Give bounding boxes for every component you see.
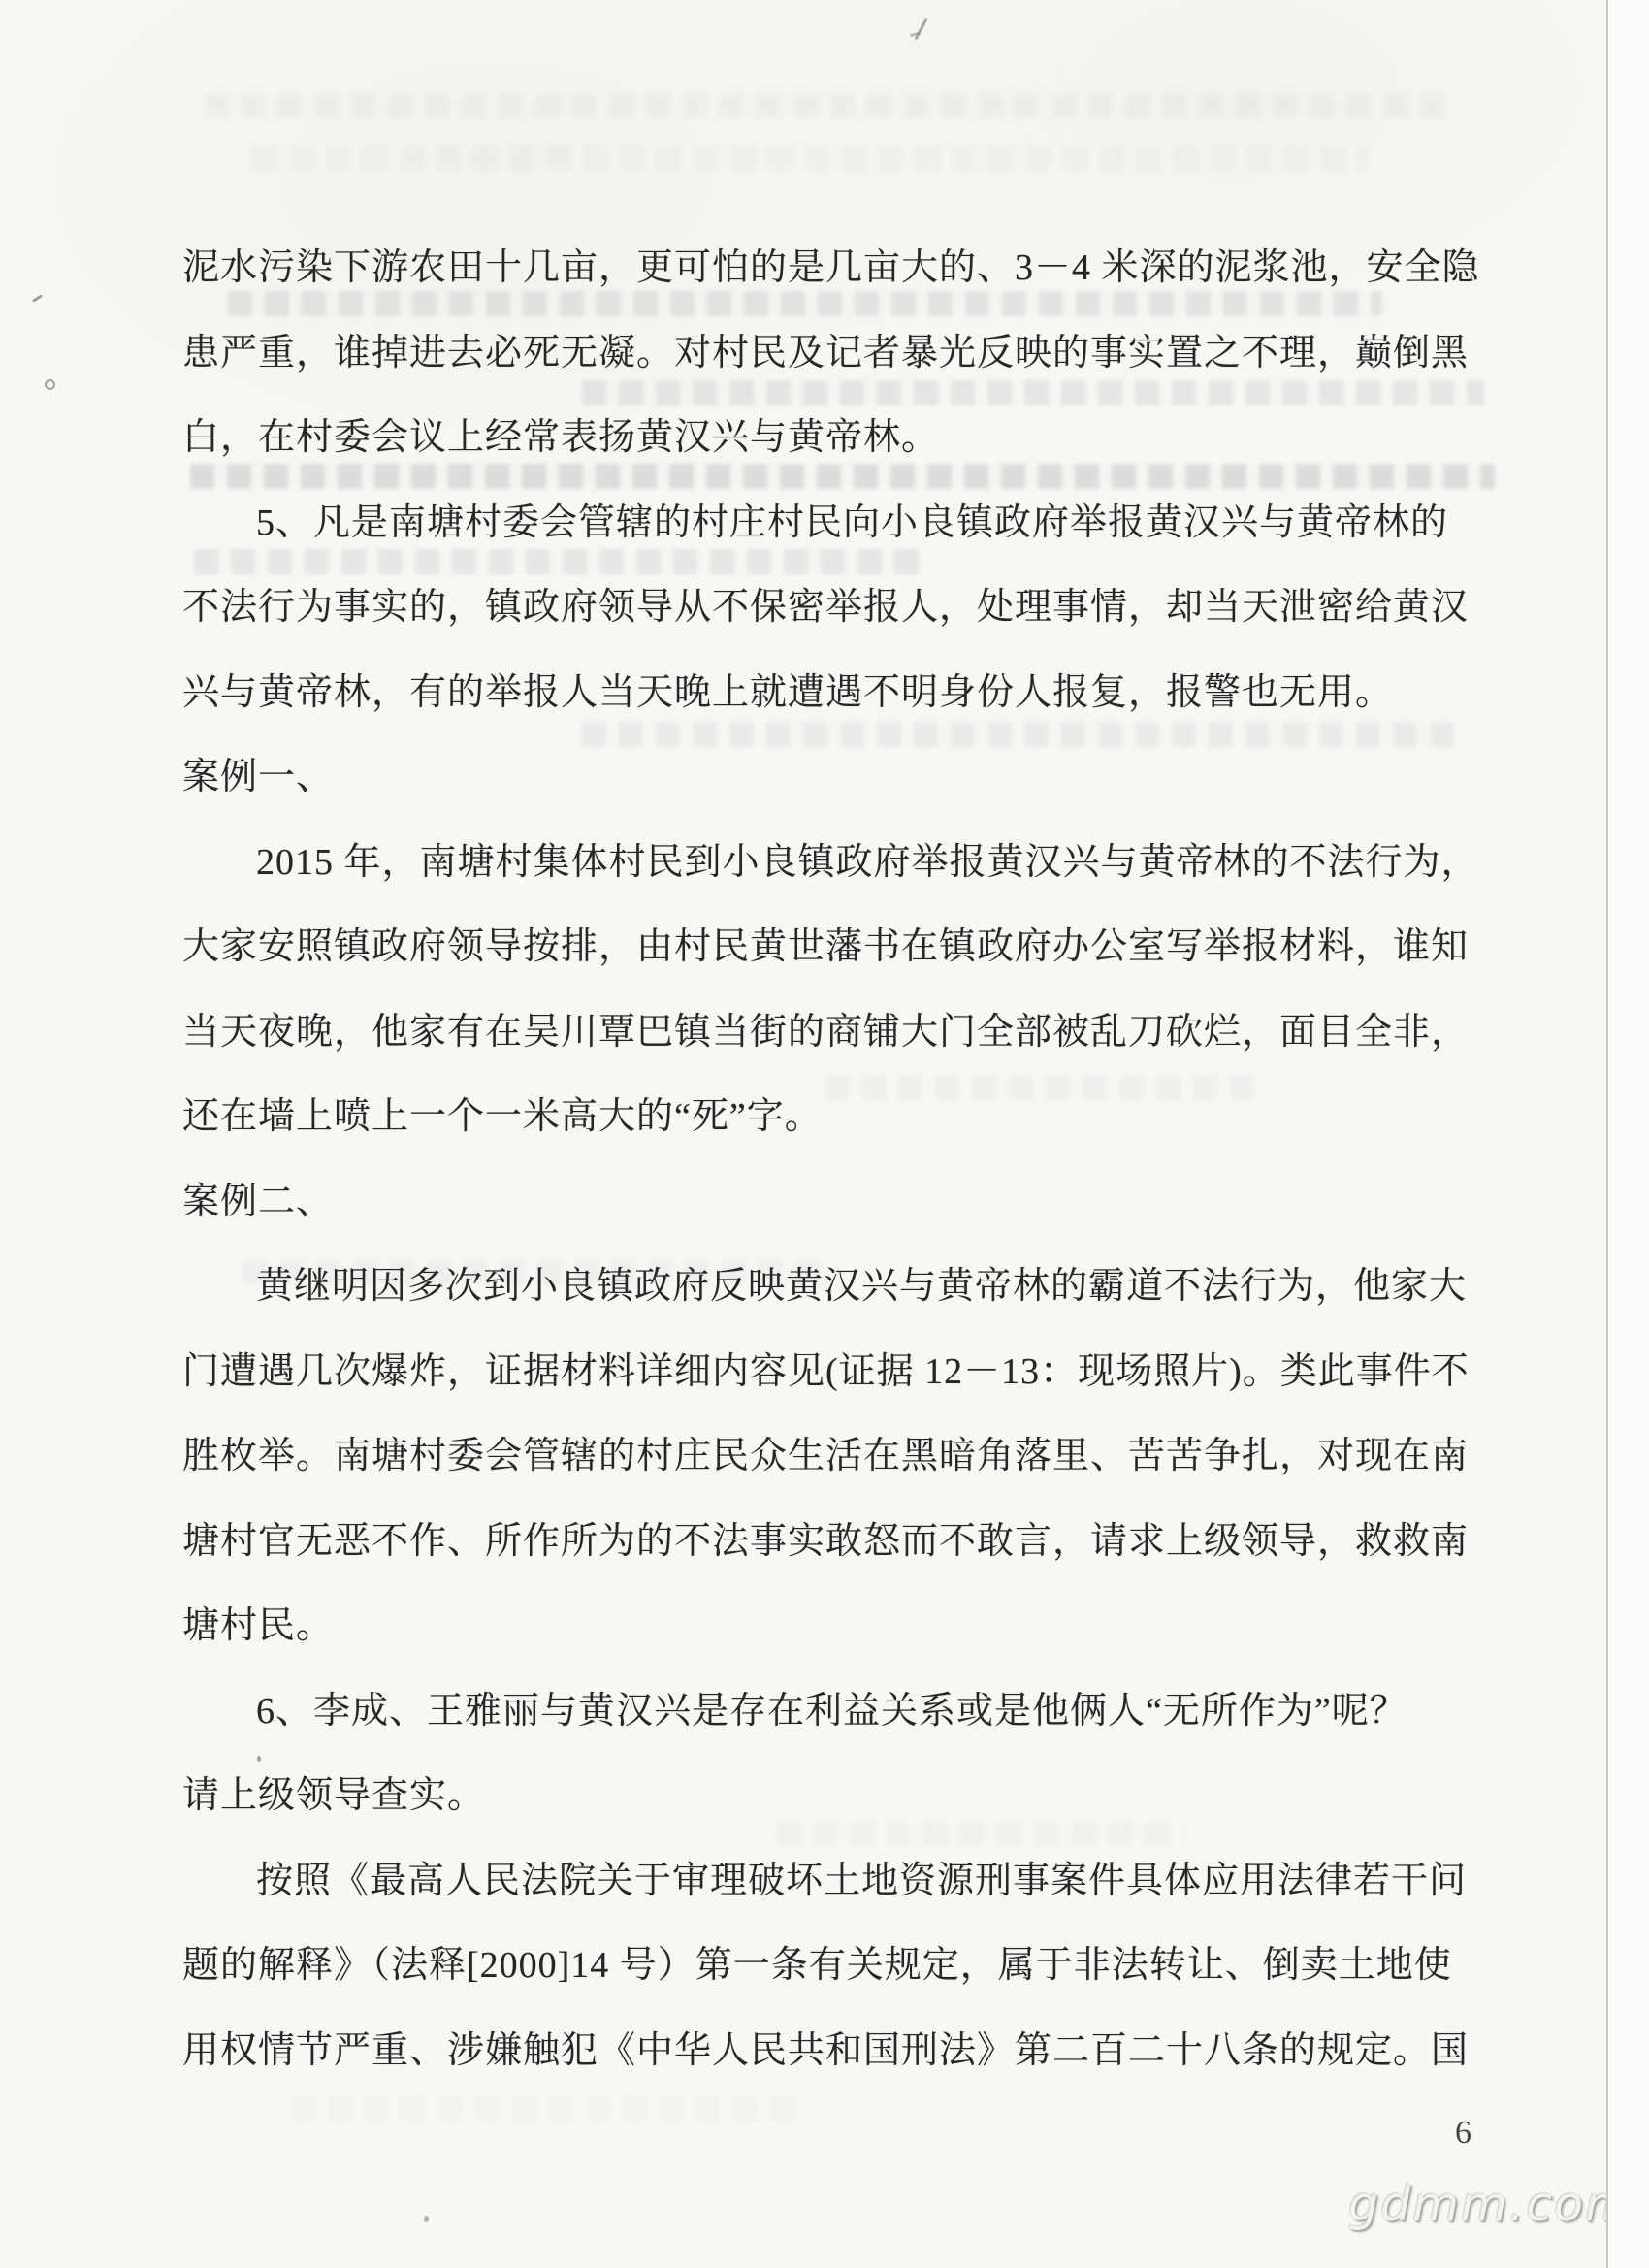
document-line: 塘村民。: [182, 1584, 1497, 1669]
document-body: 泥水污染下游农田十几亩，更可怕的是几亩大的、3－4 米深的泥浆池，安全隐 患严重…: [182, 226, 1497, 2093]
document-line: 不法行为事实的，镇政府领导从不保密举报人，处理事情，却当天泄密给黄汉: [182, 566, 1497, 651]
document-line: 5、凡是南塘村委会管辖的村庄村民向小良镇政府举报黄汉兴与黄帝林的: [182, 481, 1497, 567]
scan-speck: [45, 379, 55, 390]
scan-edge-line: [1606, 0, 1608, 2268]
document-line: 黄继明因多次到小良镇政府反映黄汉兴与黄帝林的霸道不法行为，他家大: [182, 1245, 1497, 1330]
document-line: 题的解释》（法释[2000]14 号）第一条有关规定，属于非法转让、倒卖土地使: [182, 1924, 1497, 2009]
scan-speck: [424, 2216, 429, 2222]
document-line: 案例一、: [182, 735, 1497, 821]
document-line: 6、李成、王雅丽与黄汉兴是存在利益关系或是他俩人“无所作为”呢？: [182, 1669, 1497, 1755]
document-line: 案例二、: [182, 1160, 1497, 1246]
document-line: 大家安照镇政府领导按排，由村民黄世藩书在镇政府办公室写举报材料，谁知: [182, 905, 1497, 990]
bleedthrough-artifact: [291, 2095, 795, 2121]
document-line: 胜枚举。南塘村委会管辖的村庄民众生活在黑暗角落里、苦苦争扎，对现在南: [182, 1414, 1497, 1500]
scanned-page: 泥水污染下游农田十几亩，更可怕的是几亩大的、3－4 米深的泥浆池，安全隐 患严重…: [0, 0, 1649, 2268]
document-line: 泥水污染下游农田十几亩，更可怕的是几亩大的、3－4 米深的泥浆池，安全隐: [182, 226, 1497, 311]
document-line: 患严重，谁掉进去必死无凝。对村民及记者暴光反映的事实置之不理，巅倒黑: [182, 311, 1497, 397]
document-line: 当天夜晚，他家有在吴川覃巴镇当街的商铺大门全部被乱刀砍烂，面目全非，: [182, 990, 1497, 1076]
scan-edge-margin: [1608, 0, 1649, 2268]
document-line: 用权情节严重、涉嫌触犯《中华人民共和国刑法》第二百二十八条的规定。国: [182, 2009, 1497, 2094]
document-line: 请上级领导查实。: [182, 1754, 1497, 1839]
scan-speck: [915, 18, 928, 41]
document-line: 门遭遇几次爆炸，证据材料详细内容见(证据 12－13：现场照片)。类此事件不: [182, 1330, 1497, 1415]
document-line: 白，在村委会议上经常表扬黄汉兴与黄帝林。: [182, 396, 1497, 481]
page-number: 6: [1455, 2115, 1471, 2152]
scan-speck: [32, 294, 43, 302]
document-line: 2015 年，南塘村集体村民到小良镇政府举报黄汉兴与黄帝林的不法行为，: [182, 821, 1497, 906]
document-line: 还在墙上喷上一个一米高大的“死”字。: [182, 1075, 1497, 1160]
bleedthrough-artifact: [252, 146, 1368, 171]
bleedthrough-artifact: [204, 93, 1445, 118]
document-line: 兴与黄帝林，有的举报人当天晚上就遭遇不明身份人报复，报警也无用。: [182, 651, 1497, 736]
watermark: gdmm.com: [1348, 2177, 1633, 2232]
document-line: 塘村官无恶不作、所作所为的不法事实敢怒而不敢言，请求上级领导，救救南: [182, 1500, 1497, 1585]
document-line: 按照《最高人民法院关于审理破坏土地资源刑事案件具体应用法律若干问: [182, 1839, 1497, 1925]
